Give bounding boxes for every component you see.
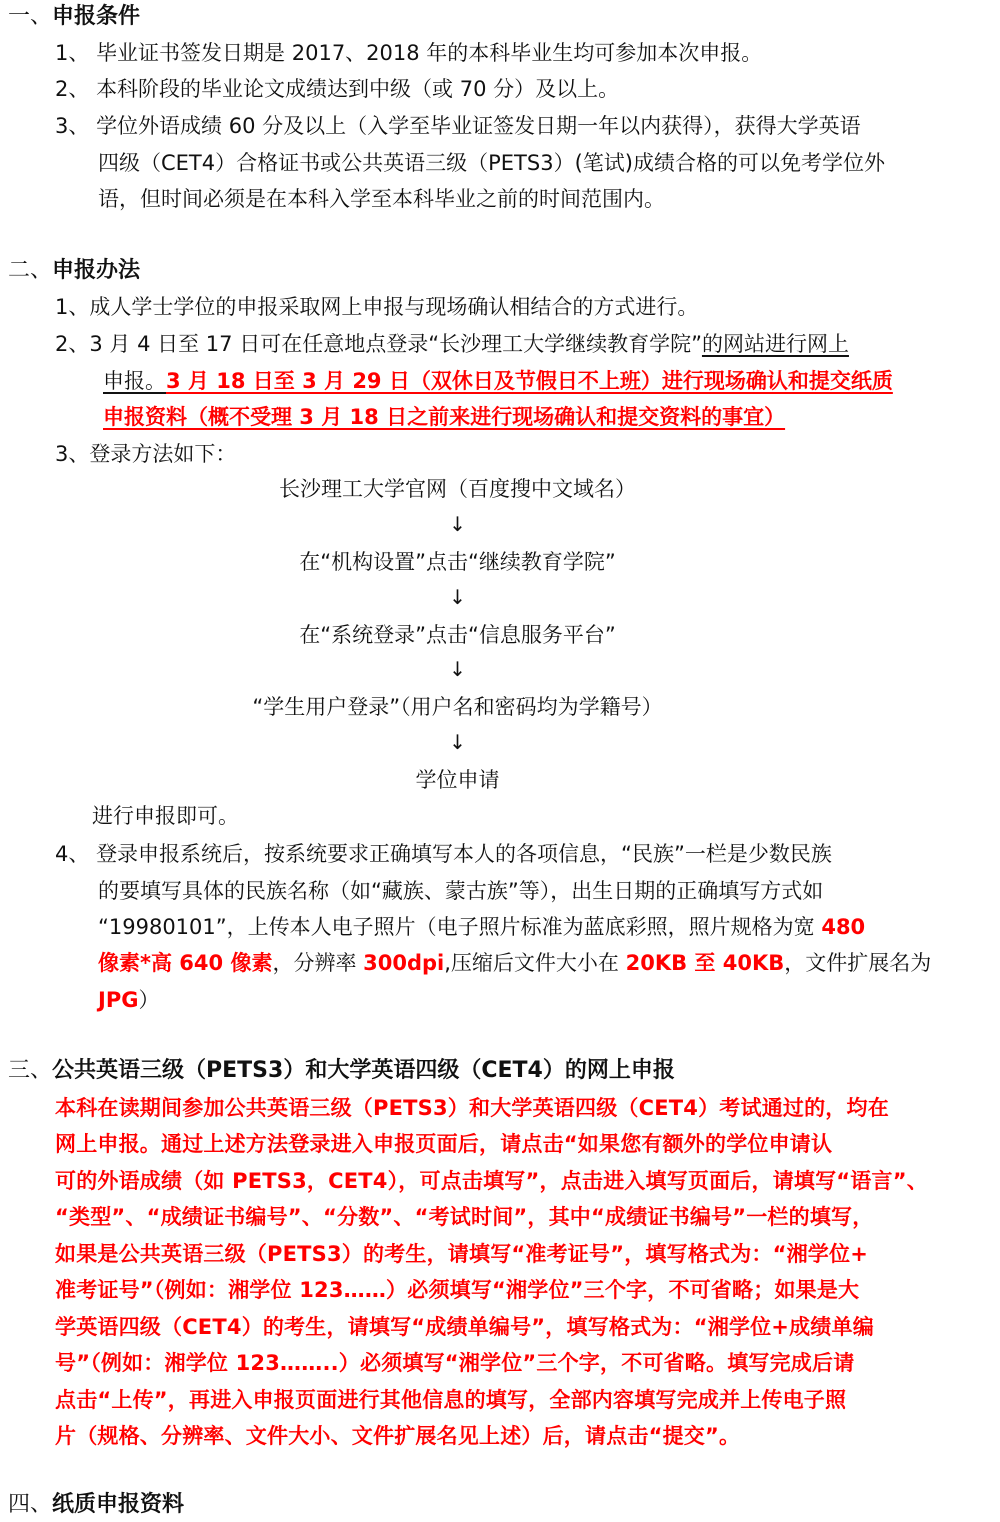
flow-step-4: “学生用户登录”（用户名和密码均为学籍号）: [0, 692, 915, 722]
highlighted-value: 300dpi: [363, 951, 444, 975]
list-item: 1、成人学士学位的申报采取网上申报与现场确认相结合的方式进行。: [55, 292, 698, 322]
item-number: 2、: [55, 77, 89, 101]
section-number: 一、: [8, 4, 52, 29]
highlighted-deadline: 3 月 18 日至 3 月 29 日（双休日及节假日不上班）进行现场确认和提交纸…: [166, 369, 893, 393]
item-text: 登录方法如下：: [89, 442, 236, 466]
section-title: 纸质申报资料: [52, 1492, 184, 1517]
item-text-continued: JPG）: [98, 985, 159, 1015]
flow-step-2: 在“机构设置”点击“继续教育学院”: [0, 547, 915, 577]
paragraph-line: 学英语四级（CET4）的考生，请填写“成绩单编号”，填写格式为：“湘学位+成绩单…: [55, 1312, 874, 1342]
highlighted-value: 480: [821, 915, 865, 939]
item-text: 3 月 4 日至 17 日可在任意地点登录“长沙理工大学继续教育学院”: [89, 332, 702, 356]
item-text: 毕业证书签发日期是 2017、2018 年的本科毕业生均可参加本次申报。: [96, 41, 762, 65]
paragraph-line: 片（规格、分辨率、文件大小、文件扩展名见上述）后，请点击“提交”。: [55, 1421, 740, 1451]
list-item: 1、 毕业证书签发日期是 2017、2018 年的本科毕业生均可参加本次申报。: [55, 38, 762, 68]
list-item: 4、 登录申报系统后，按系统要求正确填写本人的各项信息，“民族”一栏是少数民族: [55, 839, 832, 869]
flow-step-3: 在“系统登录”点击“信息服务平台”: [0, 620, 915, 650]
section-number: 二、: [8, 258, 52, 283]
item-text: 学位外语成绩 60 分及以上（入学至毕业证签发日期一年以内获得），获得大学英语: [96, 114, 861, 138]
item-number: 3、: [55, 114, 89, 138]
section-4-heading: 四、纸质申报资料: [8, 1490, 184, 1520]
section-number: 四、: [8, 1492, 52, 1517]
highlighted-value: 20KB 至 40KB: [626, 951, 785, 975]
item-text: ，文件扩展名为: [784, 951, 931, 975]
list-item: 3、 学位外语成绩 60 分及以上（入学至毕业证签发日期一年以内获得），获得大学…: [55, 111, 861, 141]
section-number: 三、: [8, 1058, 52, 1083]
item-number: 1、: [55, 41, 89, 65]
paragraph-line: 本科在读期间参加公共英语三级（PETS3）和大学英语四级（CET4）考试通过的，…: [55, 1093, 889, 1123]
section-title: 申报条件: [52, 4, 140, 29]
section-1-heading: 一、申报条件: [8, 2, 140, 32]
item-text: 登录申报系统后，按系统要求正确填写本人的各项信息，“民族”一栏是少数民族: [96, 842, 832, 866]
item-text-continued: 的要填写具体的民族名称（如“藏族、蒙古族”等），出生日期的正确填写方式如: [98, 876, 823, 906]
paragraph-line: 如果是公共英语三级（PETS3）的考生，请填写“准考证号”，填写格式为：“湘学位…: [55, 1239, 868, 1269]
paragraph-line: 可的外语成绩（如 PETS3，CET4），可点击填写”，点击进入填写页面后，请填…: [55, 1166, 928, 1196]
flow-step-5: 学位申请: [0, 765, 915, 795]
item-text-continued: 四级（CET4）合格证书或公共英语三级（PETS3）(笔试)成绩合格的可以免考学…: [98, 148, 885, 178]
flow-after-text: 进行申报即可。: [92, 801, 239, 831]
item-text: 成人学士学位的申报采取网上申报与现场确认相结合的方式进行。: [89, 295, 698, 319]
item-text: 本科阶段的毕业论文成绩达到中级（或 70 分）及以上。: [96, 77, 619, 101]
item-text: “19980101”，上传本人电子照片（电子照片标准为蓝底彩照，照片规格为宽: [98, 915, 821, 939]
arrow-down-icon: ↓: [0, 730, 915, 754]
item-text: ,压缩后文件大小在: [444, 951, 625, 975]
highlighted-value: JPG: [98, 988, 138, 1012]
underlined-text: 的网站进行网上: [702, 332, 849, 356]
list-item: 2、3 月 4 日至 17 日可在任意地点登录“长沙理工大学继续教育学院”的网站…: [55, 329, 849, 359]
paragraph-line: 点击“上传”，再进入申报页面进行其他信息的填写，全部内容填写完成并上传电子照: [55, 1385, 846, 1415]
section-title: 申报办法: [52, 258, 140, 283]
arrow-down-icon: ↓: [0, 512, 915, 536]
item-number: 2、: [55, 332, 89, 356]
arrow-down-icon: ↓: [0, 585, 915, 609]
underlined-text: 申报。: [103, 369, 166, 393]
paragraph-line: 网上申报。通过上述方法登录进入申报页面后，请点击“如果您有额外的学位申请认: [55, 1129, 832, 1159]
list-item: 3、登录方法如下：: [55, 439, 236, 469]
item-number: 1、: [55, 295, 89, 319]
section-title: 公共英语三级（PETS3）和大学英语四级（CET4）的网上申报: [52, 1058, 675, 1083]
item-text-continued: 语，但时间必须是在本科入学至本科毕业之前的时间范围内。: [98, 184, 665, 214]
highlighted-notice: 申报资料（概不受理 3 月 18 日之前来进行现场确认和提交资料的事宜）: [103, 405, 785, 429]
paragraph-line: 准考证号”（例如：湘学位 123……）必须填写“湘学位”三个字，不可省略；如果是…: [55, 1275, 859, 1305]
item-text-continued: 申报资料（概不受理 3 月 18 日之前来进行现场确认和提交资料的事宜）: [103, 402, 785, 432]
item-number: 4、: [55, 842, 89, 866]
item-text: ，分辨率: [272, 951, 363, 975]
paragraph-line: “类型”、“成绩证书编号”、“分数”、“考试时间”，其中“成绩证书编号”一栏的填…: [55, 1202, 873, 1232]
flow-step-1: 长沙理工大学官网（百度搜中文域名）: [0, 474, 915, 504]
item-text-continued: 申报。3 月 18 日至 3 月 29 日（双休日及节假日不上班）进行现场确认和…: [103, 366, 893, 396]
item-text: ）: [138, 988, 159, 1012]
item-text-continued: “19980101”，上传本人电子照片（电子照片标准为蓝底彩照，照片规格为宽 4…: [98, 912, 865, 942]
highlighted-value: 像素*高 640 像素: [98, 951, 272, 975]
item-text-continued: 像素*高 640 像素，分辨率 300dpi,压缩后文件大小在 20KB 至 4…: [98, 948, 931, 978]
section-3-heading: 三、公共英语三级（PETS3）和大学英语四级（CET4）的网上申报: [8, 1056, 675, 1086]
item-number: 3、: [55, 442, 89, 466]
arrow-down-icon: ↓: [0, 657, 915, 681]
paragraph-line: 号”（例如：湘学位 123……..）必须填写“湘学位”三个字，不可省略。填写完成…: [55, 1348, 854, 1378]
section-2-heading: 二、申报办法: [8, 256, 140, 286]
list-item: 2、 本科阶段的毕业论文成绩达到中级（或 70 分）及以上。: [55, 74, 619, 104]
